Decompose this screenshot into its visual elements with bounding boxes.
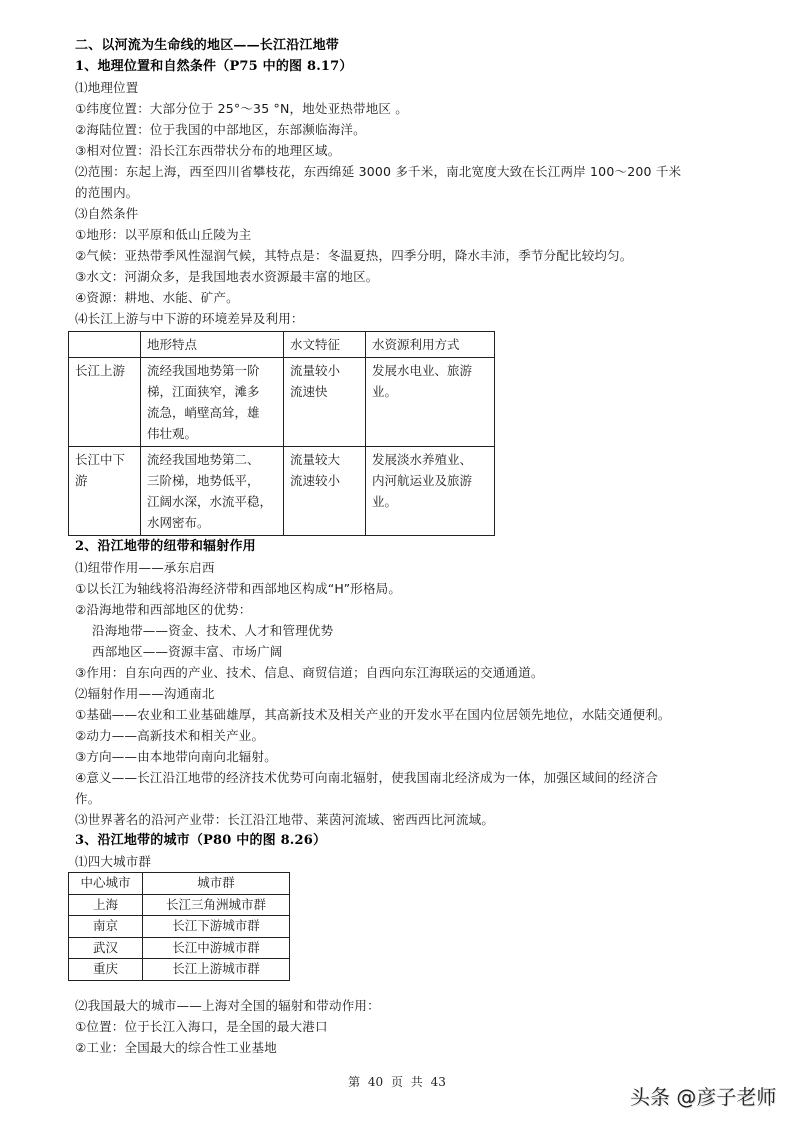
cell-line: 流速快 xyxy=(290,381,359,402)
cell-line: 流量较大 xyxy=(290,449,359,470)
table-header-row: 地形特点 水文特征 水资源利用方式 xyxy=(69,332,495,358)
river-section-table: 地形特点 水文特征 水资源利用方式 长江上游 流经我国地势第一阶 梯，江面狭窄，… xyxy=(68,331,495,536)
cell-line: 流速较小 xyxy=(290,470,359,491)
subheading-link: ⑴纽带作用——承东启西 xyxy=(75,560,215,576)
cell-line: 游 xyxy=(75,470,134,491)
cell-line: 长江中下 xyxy=(75,449,134,470)
table-header-cell: 水文特征 xyxy=(284,332,366,358)
cell-line: 内河航运业及旅游 xyxy=(372,470,488,491)
cell-line: 江阔水深，水流平稳， xyxy=(147,491,277,512)
cell-line: 梯，江面狭窄，滩多 xyxy=(147,381,277,402)
subheading-radiation: ⑵辐射作用——沟通南北 xyxy=(75,686,215,702)
range-line-2: 的范围内。 xyxy=(75,185,139,201)
cell-line: 流经我国地势第一阶 xyxy=(147,360,277,381)
table-cell-city: 上海 xyxy=(69,894,143,916)
significance-item-cont: 作。 xyxy=(75,791,100,807)
watermark: 头条 @彦子老师 xyxy=(630,1081,776,1110)
table-cell-usage: 发展水电业、旅游 业。 xyxy=(366,358,495,447)
section-title: 二、以河流为生命线的地区——长江沿江地带 xyxy=(75,38,339,54)
table-header-cell: 中心城市 xyxy=(69,873,143,895)
resources-item: ④资源：耕地、水能、矿产。 xyxy=(75,290,239,306)
cell-line: 业。 xyxy=(372,381,488,402)
heading-2: 2、沿江地带的纽带和辐射作用 xyxy=(75,539,256,555)
basis-item: ①基础——农业和工业基础雄厚，其高新技术及相关产业的开发水平在国内位居领先地位，… xyxy=(75,707,671,723)
latitude-item: ①纬度位置：大部分位于 25°～35 °N，地处亚热带地区 。 xyxy=(75,101,408,117)
role-item: ③作用：自东向西的产业、技术、信息、商贸信道；自西向东江海联运的交通通道。 xyxy=(75,665,544,681)
coastal-advantage: 沿海地带——资金、技术、人才和管理优势 xyxy=(92,623,333,639)
subheading-differences: ⑷长江上游与中下游的环境差异及利用： xyxy=(75,311,304,327)
table-cell-region: 长江上游 xyxy=(69,358,141,447)
hydrology-item: ③水文：河湖众多，是我国地表水资源最丰富的地区。 xyxy=(75,269,379,285)
table-cell-city: 南京 xyxy=(69,916,143,938)
table-header-cell: 水资源利用方式 xyxy=(366,332,495,358)
table-row: 上海 长江三角洲城市群 xyxy=(69,894,290,916)
table-cell-usage: 发展淡水养殖业、 内河航运业及旅游 业。 xyxy=(366,447,495,536)
h-pattern-item: ①以长江为轴线将沿海经济带和西部地区构成“H”形格局。 xyxy=(75,581,401,597)
shanghai-location-item: ①位置：位于长江入海口，是全国的最大港口 xyxy=(75,1019,328,1035)
advantages-item: ②沿海地带和西部地区的优势： xyxy=(75,602,252,618)
table-row: 武汉 长江中游城市群 xyxy=(69,937,290,959)
table-header-cell: 城市群 xyxy=(143,873,290,895)
subheading-location: ⑴地理位置 xyxy=(75,80,139,96)
table-cell-terrain: 流经我国地势第一阶 梯，江面狭窄，滩多 流急，峭壁高耸，雄 伟壮观。 xyxy=(141,358,284,447)
subheading-city-groups: ⑴四大城市群 xyxy=(75,854,151,870)
cell-line: 三阶梯，地势低平， xyxy=(147,470,277,491)
cell-line: 发展水电业、旅游 xyxy=(372,360,488,381)
table-cell-hydrology: 流量较大 流速较小 xyxy=(284,447,366,536)
driver-item: ②动力——高新技术和相关产业。 xyxy=(75,728,264,744)
climate-item: ②气候：亚热带季风性湿润气候，其特点是：冬温夏热，四季分明，降水丰沛，季节分配比… xyxy=(75,248,633,264)
subheading-natural: ⑶自然条件 xyxy=(75,206,139,222)
cell-line: 发展淡水养殖业、 xyxy=(372,449,488,470)
table-cell-group: 长江上游城市群 xyxy=(143,959,290,981)
table-header-cell: 地形特点 xyxy=(141,332,284,358)
cell-line: 伟壮观。 xyxy=(147,423,277,444)
significance-item: ④意义——长江沿江地带的经济技术优势可向南北辐射，使我国南北经济成为一体，加强区… xyxy=(75,770,658,786)
table-cell-hydrology: 流量较小 流速快 xyxy=(284,358,366,447)
shanghai-industry-item: ②工业：全国最大的综合性工业基地 xyxy=(75,1040,277,1056)
heading-1: 1、地理位置和自然条件（P75 中的图 8.17） xyxy=(75,59,353,75)
western-advantage: 西部地区——资源丰富、市场广阔 xyxy=(92,644,283,660)
table-cell-terrain: 流经我国地势第二、 三阶梯，地势低平， 江阔水深，水流平稳， 水网密布。 xyxy=(141,447,284,536)
document-page: 二、以河流为生命线的地区——长江沿江地带 1、地理位置和自然条件（P75 中的图… xyxy=(0,0,794,1123)
range-line-1: ⑵范围：东起上海，西至四川省攀枝花，东西绵延 3000 多千米，南北宽度大致在长… xyxy=(75,164,681,180)
heading-3: 3、沿江地带的城市（P80 中的图 8.26） xyxy=(75,833,326,849)
table-row: 长江中下 游 流经我国地势第二、 三阶梯，地势低平， 江阔水深，水流平稳， 水网… xyxy=(69,447,495,536)
table-header-row: 中心城市 城市群 xyxy=(69,873,290,895)
table-cell-region: 长江中下 游 xyxy=(69,447,141,536)
table-row: 长江上游 流经我国地势第一阶 梯，江面狭窄，滩多 流急，峭壁高耸，雄 伟壮观。 … xyxy=(69,358,495,447)
cell-line: 水网密布。 xyxy=(147,512,277,533)
cell-line: 业。 xyxy=(372,491,488,512)
table-cell-city: 武汉 xyxy=(69,937,143,959)
city-groups-table: 中心城市 城市群 上海 长江三角洲城市群 南京 长江下游城市群 武汉 长江中游城… xyxy=(68,872,290,981)
sea-land-item: ②海陆位置：位于我国的中部地区，东部濒临海洋。 xyxy=(75,122,366,138)
cell-line: 流量较小 xyxy=(290,360,359,381)
table-cell-group: 长江中游城市群 xyxy=(143,937,290,959)
table-row: 重庆 长江上游城市群 xyxy=(69,959,290,981)
table-cell-group: 长江下游城市群 xyxy=(143,916,290,938)
direction-item: ③方向——由本地带向南向北辐射。 xyxy=(75,749,277,765)
cell-line: 流急，峭壁高耸，雄 xyxy=(147,402,277,423)
relative-position-item: ③相对位置：沿长江东西带状分布的地理区域。 xyxy=(75,143,340,159)
subheading-shanghai: ⑵我国最大的城市——上海对全国的辐射和带动作用： xyxy=(75,998,380,1014)
table-cell-group: 长江三角洲城市群 xyxy=(143,894,290,916)
table-row: 南京 长江下游城市群 xyxy=(69,916,290,938)
terrain-item: ①地形：以平原和低山丘陵为主 xyxy=(75,227,252,243)
table-cell-city: 重庆 xyxy=(69,959,143,981)
world-belts-item: ⑶世界著名的沿河产业带：长江沿江地带、莱茵河流域、密西西比河流域。 xyxy=(75,812,494,828)
table-header-cell xyxy=(69,332,141,358)
cell-line: 流经我国地势第二、 xyxy=(147,449,277,470)
